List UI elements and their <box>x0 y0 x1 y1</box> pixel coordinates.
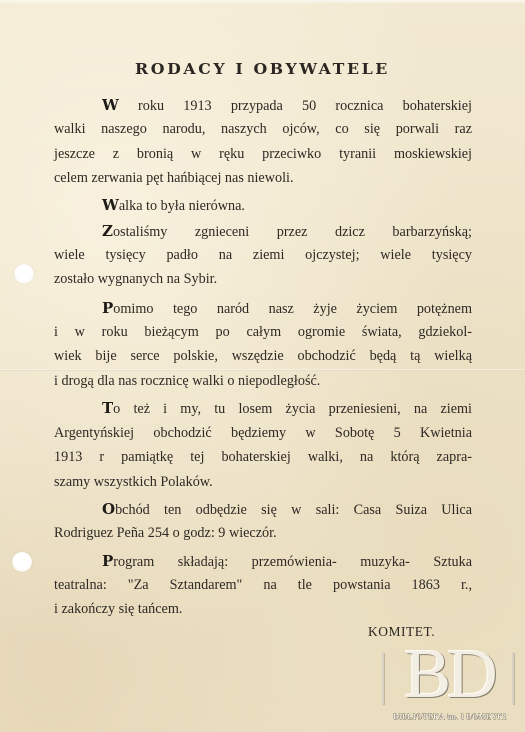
paragraph-6-line-1: Obchód ten odbędzie się w sali: Casa Sui… <box>102 500 472 518</box>
paragraph-7-line-1: Program składają: przemówienia- muzyka- … <box>102 552 472 570</box>
drop-letter: W <box>102 196 119 214</box>
paragraph-3-line-1: Zostaliśmy zgnieceni przez dzicz barbarz… <box>102 222 472 240</box>
line-text: o też i my, tu losem życia przeniesieni,… <box>113 401 472 417</box>
paragraph-6-line-2: Rodriguez Peña 254 o godz: 9 wieczór. <box>54 524 472 542</box>
paragraph-3-line-3: zostało wygnanych na Sybir. <box>54 270 472 288</box>
watermark-logo-letters: BD <box>394 640 504 710</box>
paragraph-4-line-2: i w roku bieżącym po całym ogromie świat… <box>54 323 472 341</box>
paragraph-5-line-4: szamy wszystkich Polaków. <box>54 473 472 491</box>
paper-top-edge <box>0 0 525 4</box>
punch-hole-upper <box>14 264 34 284</box>
line-text: bchód ten odbędzie się w sali: Casa Suiz… <box>115 502 472 518</box>
document-title: RODACY I OBYWATELE <box>0 60 525 78</box>
paragraph-7-line-3: i zakończy się tańcem. <box>54 600 472 618</box>
paragraph-5-line-1: To też i my, tu losem życia przeniesieni… <box>102 399 472 417</box>
paper-fold-crease <box>0 369 525 371</box>
line-text: rogram składają: przemówienia- muzyka- S… <box>113 554 472 570</box>
paragraph-4-line-1: Pomimo tego naród nasz żyje życiem potęż… <box>102 299 472 317</box>
watermark-left-bar <box>382 652 384 704</box>
paragraph-1-line-2: walki naszego narodu, naszych ojców, co … <box>54 120 472 138</box>
paragraph-5-line-3: 1913 r pamiątkę tej bohaterskiej walki, … <box>54 448 472 466</box>
line-text: ostaliśmy zgnieceni przez dzicz barbarzy… <box>113 224 472 240</box>
punch-hole-lower <box>12 552 32 572</box>
paragraph-2-line-1: Walka to była nierówna. <box>102 196 472 214</box>
paragraph-5-line-2: Argentyńskiej obchodzić będziemy w Sobot… <box>54 424 472 442</box>
watermark-caption: BIBLIOTEKA im. I DOMEYKI <box>380 712 520 721</box>
drop-letter: Z <box>102 222 113 240</box>
line-text: alka to była nierówna. <box>119 198 245 214</box>
line-text: roku 1913 przypada 50 rocznica bohatersk… <box>119 98 472 114</box>
library-watermark: BD BIBLIOTEKA im. I DOMEYKI <box>380 644 520 728</box>
drop-letter: O <box>102 500 115 518</box>
paragraph-1-line-1: W roku 1913 przypada 50 rocznica bohater… <box>102 96 472 114</box>
paragraph-1-line-3: jeszcze z bronią w ręku przeciwko tyrani… <box>54 145 472 163</box>
drop-letter: T <box>102 399 113 417</box>
paragraph-4-line-3: wiek bije serce polskie, wszędzie obchod… <box>54 347 472 365</box>
paragraph-1-line-4: celem zerwania pęt hańbiącej nas niewoli… <box>54 169 472 187</box>
drop-letter: P <box>102 552 113 570</box>
paragraph-3-line-2: wiele tysięcy padło na ziemi ojczystej; … <box>54 246 472 264</box>
watermark-right-bar <box>512 652 514 704</box>
drop-letter: W <box>102 96 119 114</box>
line-text: omimo tego naród nasz żyje życiem potężn… <box>113 301 472 317</box>
paragraph-4-line-4: i drogą dla nas rocznicę walki o niepodl… <box>54 372 472 390</box>
paragraph-7-line-2: teatralna: "Za Sztandarem" na tle powsta… <box>54 576 472 594</box>
drop-letter: P <box>102 299 113 317</box>
